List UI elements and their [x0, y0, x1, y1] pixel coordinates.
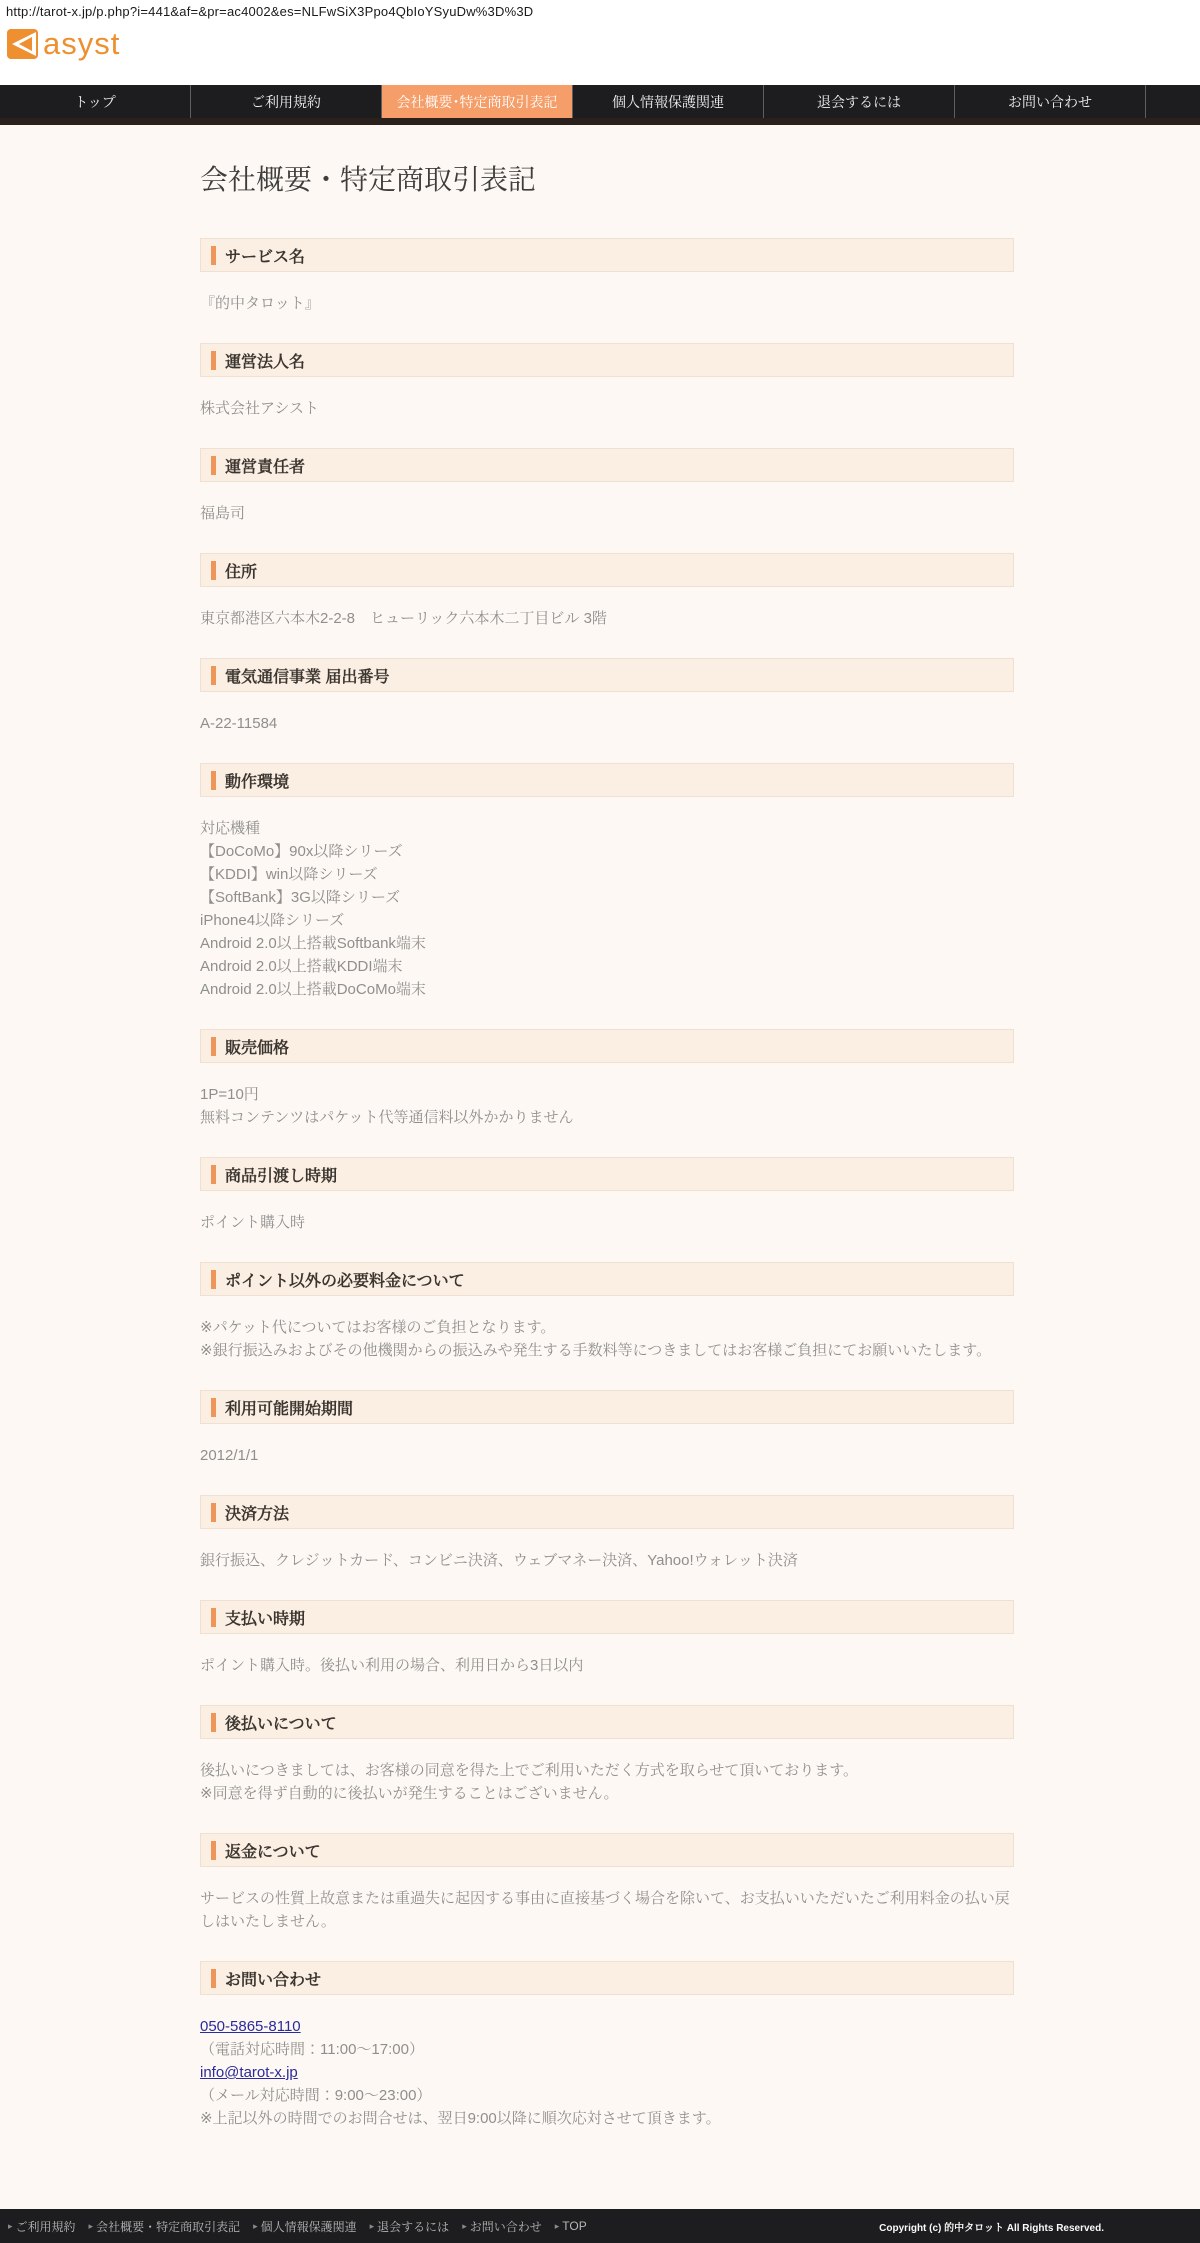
- section-2: 運営責任者福島司: [200, 448, 1014, 525]
- arrow-icon: ▸: [555, 2222, 560, 2231]
- heading-accent-bar: [211, 246, 216, 265]
- asyst-logo[interactable]: asyst: [6, 27, 176, 61]
- section-heading-label: 支払い時期: [225, 1606, 305, 1629]
- section-heading: お問い合わせ: [200, 1961, 1014, 1995]
- main-nav: トップご利用規約会社概要･特定商取引表記個人情報保護関連退会するにはお問い合わせ: [0, 85, 1200, 118]
- heading-accent-bar: [211, 1165, 216, 1184]
- section-heading: ポイント以外の必要料金について: [200, 1262, 1014, 1296]
- heading-accent-bar: [211, 1270, 216, 1289]
- footer-link-0[interactable]: ▸ご利用規約: [8, 2218, 76, 2235]
- section-7: 商品引渡し時期ポイント購入時: [200, 1157, 1014, 1234]
- heading-accent-bar: [211, 1037, 216, 1056]
- section-heading: 利用可能開始期間: [200, 1390, 1014, 1424]
- section-9: 利用可能開始期間2012/1/1: [200, 1390, 1014, 1467]
- section-body: サービスの性質上故意または重過失に起因する事由に直接基づく場合を除いて、お支払い…: [200, 1887, 1014, 1933]
- footer-link-label: 会社概要・特定商取引表記: [96, 2218, 240, 2235]
- heading-accent-bar: [211, 561, 216, 580]
- content-container: 会社概要・特定商取引表記 サービス名『的中タロット』運営法人名株式会社アシスト運…: [200, 160, 1014, 2130]
- body-line: 1P=10円: [200, 1083, 1014, 1106]
- nav-filler: [1146, 85, 1200, 118]
- body-line: Android 2.0以上搭載DoCoMo端末: [200, 978, 1014, 1001]
- section-13: 返金についてサービスの性質上故意または重過失に起因する事由に直接基づく場合を除い…: [200, 1833, 1014, 1933]
- body-line: 福島司: [200, 502, 1014, 525]
- arrow-icon: ▸: [253, 2222, 258, 2231]
- nav-tab-5[interactable]: お問い合わせ: [955, 85, 1146, 118]
- email-hours: （メール対応時間：9:00〜23:00）: [200, 2084, 1014, 2107]
- section-body: ※パケット代についてはお客様のご負担となります。※銀行振込みおよびその他機関から…: [200, 1316, 1014, 1362]
- section-body: 銀行振込、クレジットカード、コンビニ決済、ウェブマネー決済、Yahoo!ウォレッ…: [200, 1549, 1014, 1572]
- section-body: 2012/1/1: [200, 1444, 1014, 1467]
- section-heading-label: 後払いについて: [225, 1711, 337, 1734]
- section-1: 運営法人名株式会社アシスト: [200, 343, 1014, 420]
- body-line: ※銀行振込みおよびその他機関からの振込みや発生する手数料等につきましてはお客様ご…: [200, 1339, 1014, 1362]
- section-heading-label: 運営責任者: [225, 454, 305, 477]
- section-heading-label: 住所: [225, 559, 257, 582]
- section-body: A-22-11584: [200, 712, 1014, 735]
- body-line: Android 2.0以上搭載Softbank端末: [200, 932, 1014, 955]
- section-4: 電気通信事業 届出番号A-22-11584: [200, 658, 1014, 735]
- section-body: 『的中タロット』: [200, 292, 1014, 315]
- top-area: http://tarot-x.jp/p.php?i=441&af=&pr=ac4…: [0, 0, 1200, 85]
- body-line: 2012/1/1: [200, 1444, 1014, 1467]
- footer-link-label: ご利用規約: [16, 2218, 76, 2235]
- body-line: 無料コンテンツはパケット代等通信料以外かかりません: [200, 1106, 1014, 1129]
- body-line: 後払いにつきましては、お客様の同意を得た上でご利用いただく方式を取らせて頂いてお…: [200, 1759, 1014, 1782]
- heading-accent-bar: [211, 1608, 216, 1627]
- arrow-icon: ▸: [8, 2222, 13, 2231]
- footer-link-4[interactable]: ▸お問い合わせ: [462, 2218, 542, 2235]
- section-heading: 住所: [200, 553, 1014, 587]
- arrow-icon: ▸: [89, 2222, 94, 2231]
- copyright-text: Copyright (c) 的中タロット All Rights Reserved…: [879, 2219, 1200, 2234]
- footer-link-label: お問い合わせ: [470, 2218, 542, 2235]
- heading-accent-bar: [211, 666, 216, 685]
- footer-link-3[interactable]: ▸退会するには: [370, 2218, 450, 2235]
- footer-link-2[interactable]: ▸個人情報保護関連: [253, 2218, 357, 2235]
- section-12: 後払いについて後払いにつきましては、お客様の同意を得た上でご利用いただく方式を取…: [200, 1705, 1014, 1805]
- heading-accent-bar: [211, 456, 216, 475]
- section-3: 住所東京都港区六本木2-2-8 ヒューリック六本木二丁目ビル 3階: [200, 553, 1014, 630]
- page-url-text: http://tarot-x.jp/p.php?i=441&af=&pr=ac4…: [6, 4, 1200, 19]
- section-heading-label: 商品引渡し時期: [225, 1163, 337, 1186]
- section-heading: 動作環境: [200, 763, 1014, 797]
- section-heading-label: 運営法人名: [225, 349, 305, 372]
- section-heading-label: サービス名: [225, 244, 305, 267]
- heading-accent-bar: [211, 771, 216, 790]
- section-heading: 後払いについて: [200, 1705, 1014, 1739]
- section-heading-label: ポイント以外の必要料金について: [225, 1268, 465, 1291]
- footer: ▸ご利用規約▸会社概要・特定商取引表記▸個人情報保護関連▸退会するには▸お問い合…: [0, 2209, 1200, 2243]
- section-heading: 運営責任者: [200, 448, 1014, 482]
- body-line: 【DoCoMo】90x以降シリーズ: [200, 840, 1014, 863]
- section-body: 株式会社アシスト: [200, 397, 1014, 420]
- body-line: 東京都港区六本木2-2-8 ヒューリック六本木二丁目ビル 3階: [200, 607, 1014, 630]
- body-line: サービスの性質上故意または重過失に起因する事由に直接基づく場合を除いて、お支払い…: [200, 1887, 1014, 1933]
- section-11: 支払い時期ポイント購入時。後払い利用の場合、利用日から3日以内: [200, 1600, 1014, 1677]
- section-body: ポイント購入時: [200, 1211, 1014, 1234]
- contact-note: ※上記以外の時間でのお問合せは、翌日9:00以降に順次応対させて頂きます。: [200, 2107, 1014, 2130]
- section-heading: 電気通信事業 届出番号: [200, 658, 1014, 692]
- heading-accent-bar: [211, 1398, 216, 1417]
- heading-accent-bar: [211, 1841, 216, 1860]
- sections-root: サービス名『的中タロット』運営法人名株式会社アシスト運営責任者福島司住所東京都港…: [200, 238, 1014, 1933]
- body-line: 銀行振込、クレジットカード、コンビニ決済、ウェブマネー決済、Yahoo!ウォレッ…: [200, 1549, 1014, 1572]
- body-line: 『的中タロット』: [200, 292, 1014, 315]
- body-line: ポイント購入時。後払い利用の場合、利用日から3日以内: [200, 1654, 1014, 1677]
- heading-accent-bar: [211, 1713, 216, 1732]
- body-line: ※同意を得ず自動的に後払いが発生することはございません。: [200, 1782, 1014, 1805]
- section-heading-label: 動作環境: [225, 769, 289, 792]
- section-heading: 返金について: [200, 1833, 1014, 1867]
- section-heading: 決済方法: [200, 1495, 1014, 1529]
- footer-link-label: 個人情報保護関連: [261, 2218, 357, 2235]
- heading-accent-bar: [211, 1503, 216, 1522]
- footer-link-label: TOP: [562, 2219, 586, 2233]
- footer-link-5[interactable]: ▸TOP: [555, 2219, 587, 2233]
- section-0: サービス名『的中タロット』: [200, 238, 1014, 315]
- body-line: 対応機種: [200, 817, 1014, 840]
- section-heading-label: 電気通信事業 届出番号: [225, 664, 389, 687]
- section-contact: お問い合わせ 050-5865-8110 （電話対応時間：11:00〜17:00…: [200, 1961, 1014, 2130]
- nav-tab-1[interactable]: ご利用規約: [191, 85, 382, 118]
- body-line: 株式会社アシスト: [200, 397, 1014, 420]
- nav-tab-4[interactable]: 退会するには: [764, 85, 955, 118]
- section-heading-label: 利用可能開始期間: [225, 1396, 353, 1419]
- section-body: 1P=10円無料コンテンツはパケット代等通信料以外かかりません: [200, 1083, 1014, 1129]
- section-heading: サービス名: [200, 238, 1014, 272]
- section-body: 後払いにつきましては、お客様の同意を得た上でご利用いただく方式を取らせて頂いてお…: [200, 1759, 1014, 1805]
- section-body: ポイント購入時。後払い利用の場合、利用日から3日以内: [200, 1654, 1014, 1677]
- logo-text: asyst: [43, 27, 120, 61]
- section-heading: 運営法人名: [200, 343, 1014, 377]
- body-line: ※パケット代についてはお客様のご負担となります。: [200, 1316, 1014, 1339]
- footer-link-label: 退会するには: [377, 2218, 449, 2235]
- nav-tab-0[interactable]: トップ: [0, 85, 191, 118]
- section-heading-label: 返金について: [225, 1839, 321, 1862]
- section-body: 福島司: [200, 502, 1014, 525]
- arrow-icon: ▸: [462, 2222, 467, 2231]
- section-heading-label: 決済方法: [225, 1501, 289, 1524]
- heading-accent-bar: [211, 351, 216, 370]
- nav-shadow: [0, 118, 1200, 125]
- email-link[interactable]: info@tarot-x.jp: [200, 2064, 298, 2081]
- section-heading: 商品引渡し時期: [200, 1157, 1014, 1191]
- heading-accent-bar: [211, 1969, 216, 1988]
- section-10: 決済方法銀行振込、クレジットカード、コンビニ決済、ウェブマネー決済、Yahoo!…: [200, 1495, 1014, 1572]
- section-6: 販売価格1P=10円無料コンテンツはパケット代等通信料以外かかりません: [200, 1029, 1014, 1129]
- body-line: iPhone4以降シリーズ: [200, 909, 1014, 932]
- section-5: 動作環境対応機種【DoCoMo】90x以降シリーズ【KDDI】win以降シリーズ…: [200, 763, 1014, 1001]
- body-line: 【SoftBank】3G以降シリーズ: [200, 886, 1014, 909]
- nav-tab-2[interactable]: 会社概要･特定商取引表記: [382, 85, 573, 118]
- section-heading: 支払い時期: [200, 1600, 1014, 1634]
- arrow-icon: ▸: [370, 2222, 375, 2231]
- nav-tab-3[interactable]: 個人情報保護関連: [573, 85, 764, 118]
- section-heading-label: 販売価格: [225, 1035, 289, 1058]
- section-heading: 販売価格: [200, 1029, 1014, 1063]
- body-line: 【KDDI】win以降シリーズ: [200, 863, 1014, 886]
- section-8: ポイント以外の必要料金について※パケット代についてはお客様のご負担となります。※…: [200, 1262, 1014, 1362]
- page: http://tarot-x.jp/p.php?i=441&af=&pr=ac4…: [0, 0, 1200, 2243]
- section-heading-label: お問い合わせ: [225, 1967, 321, 1990]
- phone-hours: （電話対応時間：11:00〜17:00）: [200, 2038, 1014, 2061]
- section-body: 対応機種【DoCoMo】90x以降シリーズ【KDDI】win以降シリーズ【Sof…: [200, 817, 1014, 1001]
- body-line: ポイント購入時: [200, 1211, 1014, 1234]
- body-line: A-22-11584: [200, 712, 1014, 735]
- footer-links: ▸ご利用規約▸会社概要・特定商取引表記▸個人情報保護関連▸退会するには▸お問い合…: [8, 2218, 587, 2235]
- asyst-logo-icon: [6, 27, 40, 61]
- footer-link-1[interactable]: ▸会社概要・特定商取引表記: [89, 2218, 241, 2235]
- main-area: 会社概要・特定商取引表記 サービス名『的中タロット』運営法人名株式会社アシスト運…: [0, 125, 1200, 2209]
- body-line: Android 2.0以上搭載KDDI端末: [200, 955, 1014, 978]
- contact-body: 050-5865-8110 （電話対応時間：11:00〜17:00） info@…: [200, 2015, 1014, 2130]
- section-body: 東京都港区六本木2-2-8 ヒューリック六本木二丁目ビル 3階: [200, 607, 1014, 630]
- page-title: 会社概要・特定商取引表記: [200, 160, 1014, 200]
- phone-link[interactable]: 050-5865-8110: [200, 2018, 301, 2035]
